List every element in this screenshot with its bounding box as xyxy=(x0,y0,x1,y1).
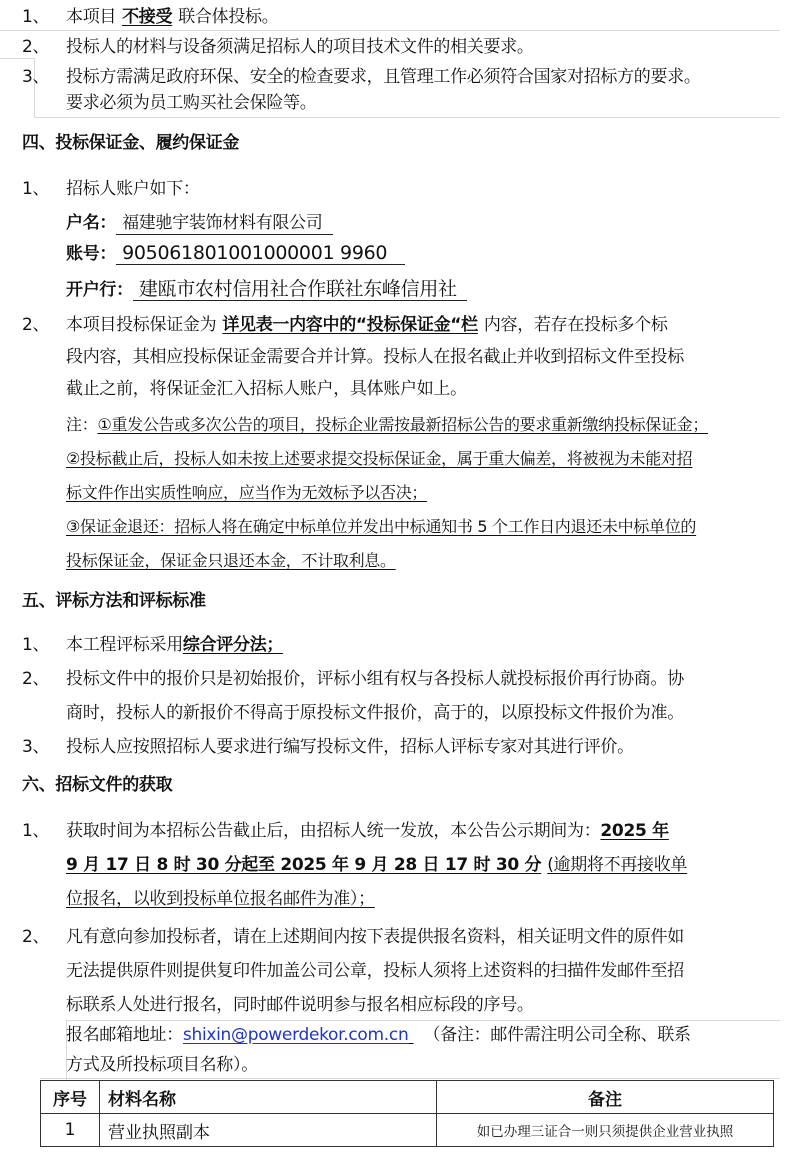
note-2-cont: 标文件作出实质性响应，应当作为无效标予以否决； xyxy=(66,482,427,504)
table-cell: 如已办理三证合一则只须提供企业营业执照 xyxy=(437,1114,774,1147)
table-cell: 1 xyxy=(41,1114,100,1147)
note-3-cont: 投标保证金，保证金只退还本金，不计取利息。 xyxy=(66,550,396,572)
email-row: 报名邮箱地址：shixin@powerdekor.com.cn （备注：邮件需注… xyxy=(66,1024,691,1046)
account-name: 福建驰宇装饰材料有限公司 xyxy=(116,212,332,235)
list-item: 1、招标人账户如下： xyxy=(0,178,200,200)
date-range-line: 9 月 17 日 8 时 30 分起至 2025 年 9 月 28 日 17 时… xyxy=(66,854,687,876)
note-1: 注：①重发公告或多次公告的项目，投标企业需按最新招标公告的要求重新缴纳投标保证金… xyxy=(66,414,708,436)
table-header-row: 序号 材料名称 备注 xyxy=(41,1081,774,1114)
list-item: 1、本项目不接受联合体投标。 xyxy=(0,6,278,28)
account-number-row: 账号：905061801001000001 9960 xyxy=(66,242,405,265)
divider xyxy=(0,30,780,31)
column-header: 材料名称 xyxy=(100,1081,437,1114)
paragraph-line: 商时，投标人的新报价不得高于原投标文件报价，高于的，以原投标文件报价为准。 xyxy=(66,702,684,724)
list-item: 3、投标方需满足政府环保、安全的检查要求，且管理工作必须符合国家对招标方的要求。 xyxy=(0,66,701,88)
paragraph-line: 截止之前，将保证金汇入招标人账户，具体账户如上。 xyxy=(66,378,467,400)
date-range: 9 月 17 日 8 时 30 分起至 2025 年 9 月 28 日 17 时… xyxy=(66,855,541,875)
list-item: 1、获取时间为本招标公告截止后，由招标人统一发放，本公告公示期间为：2025 年 xyxy=(0,820,669,842)
paragraph-line: 标联系人处进行报名，同时邮件说明参与报名相应标段的序号。 xyxy=(66,994,534,1016)
divider xyxy=(34,117,780,118)
column-header: 序号 xyxy=(41,1081,100,1114)
list-item: 2、投标文件中的报价只是初始报价，评标小组有权与各投标人就投标报价再行协商。协 xyxy=(0,668,684,690)
email-link[interactable]: shixin@powerdekor.com.cn xyxy=(183,1025,409,1045)
table-row: 1 营业执照副本 如已办理三证合一则只须提供企业营业执照 xyxy=(41,1114,774,1147)
bank-row: 开户行：建瓯市农村信用社合作联社东峰信用社 xyxy=(66,278,467,301)
list-item: 2、凡有意向参加投标者，请在上述期间内按下表提供报名资料，相关证明文件的原件如 xyxy=(0,926,684,948)
table-cell: 营业执照副本 xyxy=(100,1114,437,1147)
divider xyxy=(66,1020,780,1021)
emphasis: 综合评分法； xyxy=(183,635,291,655)
account-name-row: 户名：福建驰宇装饰材料有限公司 xyxy=(66,212,333,235)
note-2: ②投标截止后，投标人如未按上述要求提交投标保证金，属于重大偏差，将被视为未能对招 xyxy=(66,448,692,470)
section-heading: 六、招标文件的获取 xyxy=(22,774,172,796)
divider xyxy=(0,58,34,59)
account-number: 905061801001000001 9960 xyxy=(116,242,405,265)
list-item: 2、投标人的材料与设备须满足招标人的项目技术文件的相关要求。 xyxy=(0,36,534,58)
emphasis: 不接受 xyxy=(116,7,178,27)
paragraph-line: 位报名，以收到投标单位报名邮件为准）； xyxy=(66,888,375,910)
bank-name: 建瓯市农村信用社合作联社东峰信用社 xyxy=(133,278,467,301)
document-page: 1、本项目不接受联合体投标。 2、投标人的材料与设备须满足招标人的项目技术文件的… xyxy=(0,0,800,1152)
section-heading: 四、投标保证金、履约保证金 xyxy=(22,132,239,154)
list-item-continuation: 要求必须为员工购买社会保险等。 xyxy=(66,92,317,114)
note-3: ③保证金退还：招标人将在确定中标单位并发出中标通知书 5 个工作日内退还未中标单… xyxy=(66,516,696,538)
emphasis: 详见表一内容中的“投标保证金“栏 xyxy=(216,315,484,335)
paragraph-line: 方式及所投标项目名称）。 xyxy=(66,1054,258,1076)
list-item: 1、本工程评标采用综合评分法； xyxy=(0,634,291,656)
divider xyxy=(40,1078,780,1079)
materials-table: 序号 材料名称 备注 1 营业执照副本 如已办理三证合一则只须提供企业营业执照 xyxy=(40,1080,774,1147)
list-item: 3、投标人应按照招标人要求进行编写投标文件，招标人评标专家对其进行评价。 xyxy=(0,736,634,758)
paragraph-line: 无法提供原件则提供复印件加盖公司公章，投标人须将上述资料的扫描件发邮件至招 xyxy=(66,960,684,982)
paragraph-line: 段内容，其相应投标保证金需要合并计算。投标人在报名截止并收到招标文件至投标 xyxy=(66,346,684,368)
list-item: 2、本项目投标保证金为详见表一内容中的“投标保证金“栏内容，若存在投标多个标 xyxy=(0,314,668,336)
emphasis: 2025 年 xyxy=(600,821,668,841)
column-header: 备注 xyxy=(437,1081,774,1114)
section-heading: 五、评标方法和评标标准 xyxy=(22,590,206,612)
